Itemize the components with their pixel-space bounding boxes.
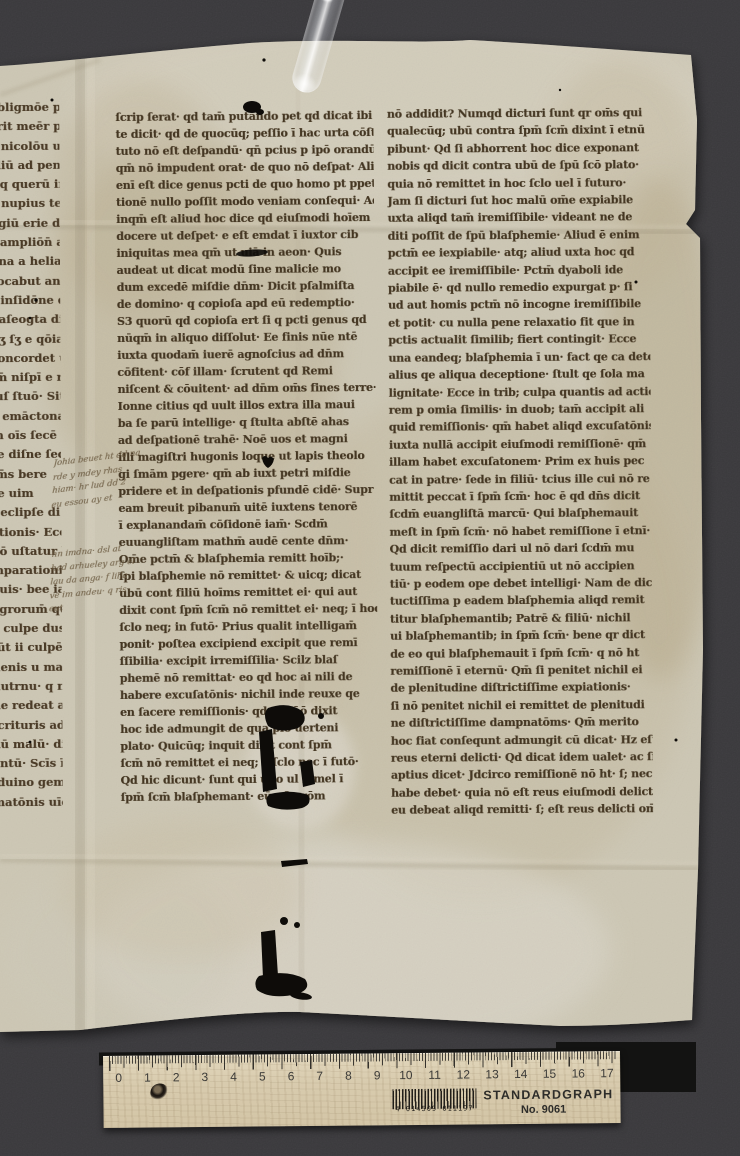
ruler-number: 10 (399, 1068, 412, 1082)
ruler-number: 3 (201, 1070, 208, 1084)
ruler-number: 11 (428, 1068, 441, 1082)
ruler-number: 4 (230, 1070, 237, 1084)
ruler-number: 17 (600, 1066, 613, 1080)
damage-overlay (0, 0, 740, 1156)
ruler-hole (150, 1083, 169, 1102)
ruler-number: 13 (485, 1067, 498, 1081)
ruler-number: 6 (288, 1069, 295, 1083)
ruler-number: 8 (345, 1069, 352, 1083)
ruler-number: 12 (457, 1067, 470, 1081)
glass-rod-glint (322, 0, 333, 2)
ruler-number: 9 (374, 1068, 381, 1082)
ruler-number: 14 (514, 1067, 527, 1081)
measuring-ruler: 01234567891011121314151617 4 014509 0111… (103, 1051, 621, 1128)
ruler-brand-label: STANDARDGRAPH (483, 1087, 603, 1102)
ruler-number: 2 (173, 1070, 180, 1084)
ruler-number: 15 (543, 1067, 556, 1081)
ruler-model-label: No. 9061 (483, 1103, 603, 1116)
ruler-number: 16 (571, 1066, 584, 1080)
ruler-number: 0 (115, 1071, 122, 1085)
ruler-number: 7 (316, 1069, 323, 1083)
ruler-number: 5 (259, 1069, 266, 1083)
barcode-digits: 4 014509 011197 (387, 1104, 481, 1113)
photographed-manuscript-scene: obligmōe puō ſderit meēr puauāe nicolōu … (0, 0, 740, 1156)
ruler-number: 1 (144, 1071, 151, 1085)
